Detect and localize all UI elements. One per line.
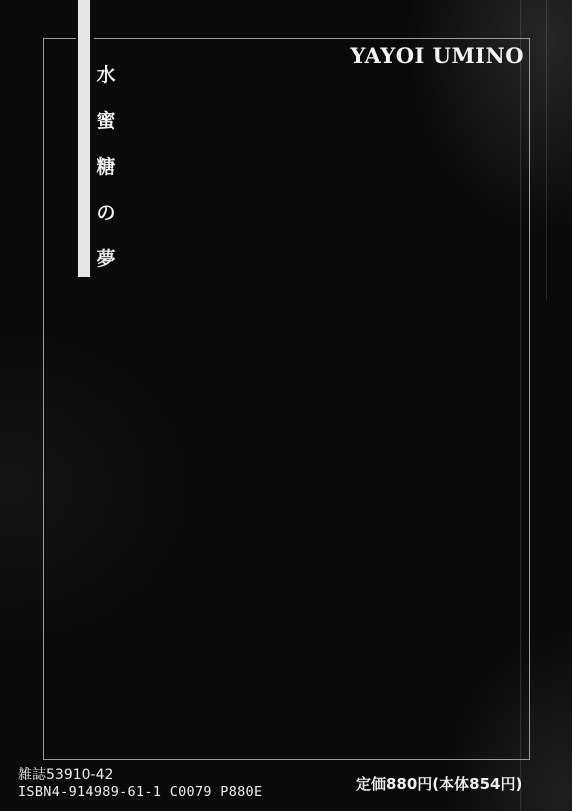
title-char: 夢 xyxy=(96,236,115,282)
scratch-mark xyxy=(546,0,547,300)
book-back-cover: 水 蜜 糖 の 夢 YAYOI UMINO 雑誌53910-42 ISBN4-9… xyxy=(0,0,572,811)
title-char: 蜜 xyxy=(96,98,115,144)
vertical-white-stripe xyxy=(78,0,90,277)
vertical-title: 水 蜜 糖 の 夢 xyxy=(93,52,119,282)
title-char: 糖 xyxy=(96,144,115,190)
author-name: YAYOI UMINO xyxy=(350,43,524,68)
isbn-line: ISBN4-914989-61-1 C0079 P880E xyxy=(18,784,262,800)
title-char: 水 xyxy=(96,52,115,98)
title-char: の xyxy=(96,190,115,236)
magazine-code: 雑誌53910-42 xyxy=(18,764,113,784)
price-label: 定価880円(本体854円) xyxy=(356,773,522,794)
